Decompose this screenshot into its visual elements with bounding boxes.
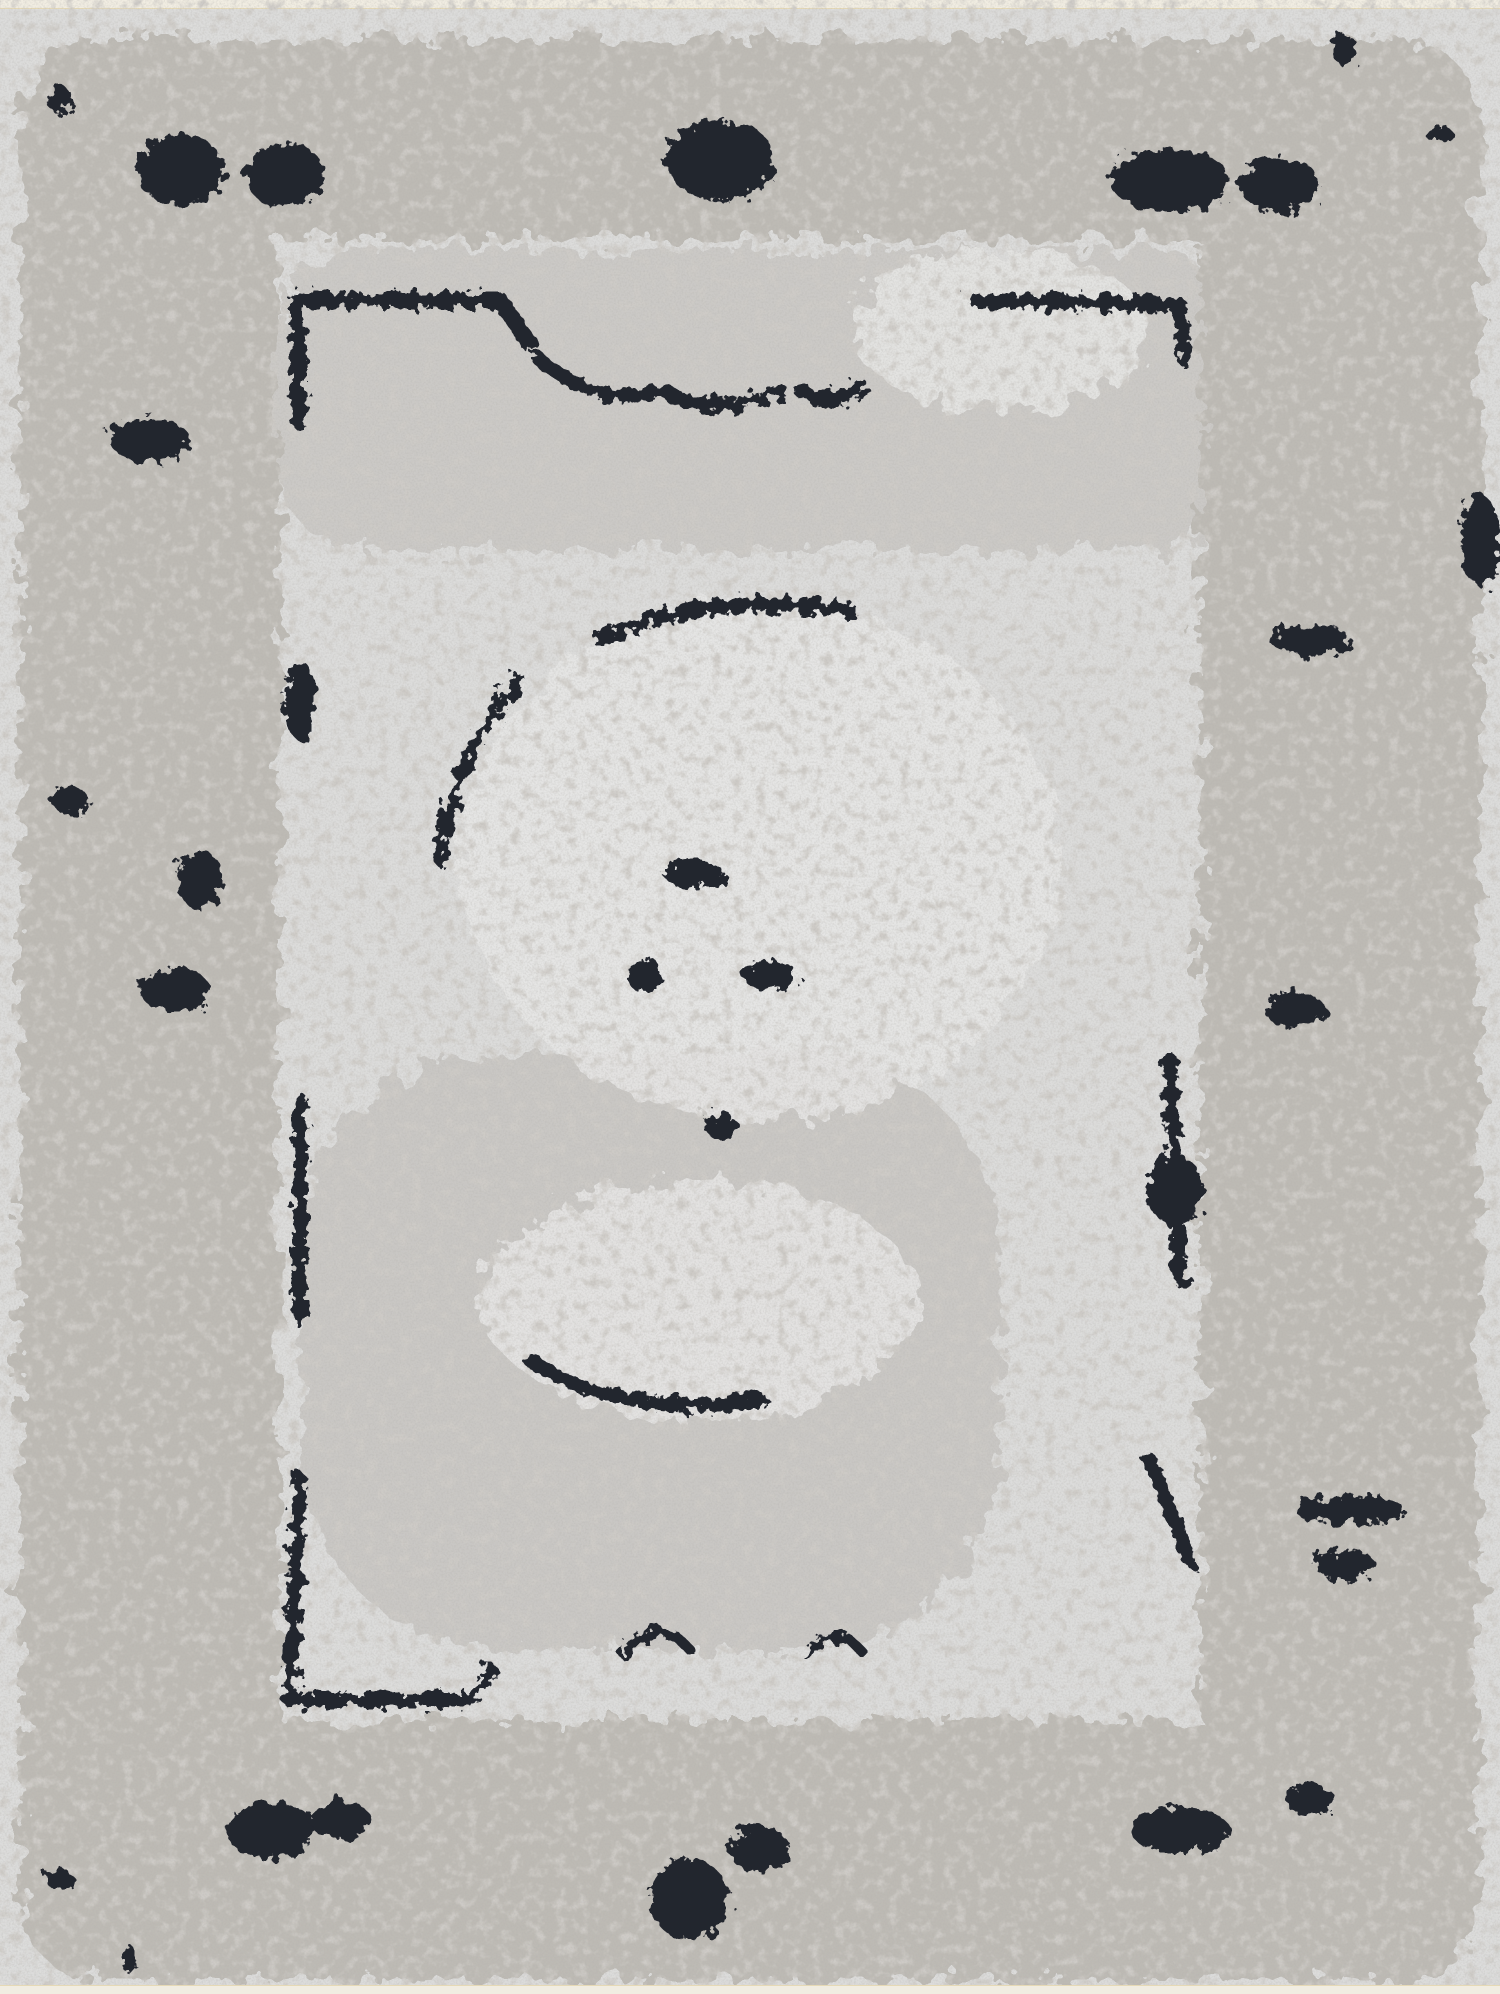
- bottom-speck-2: [122, 1946, 138, 1974]
- top-rosette-4: [1110, 148, 1230, 212]
- lower-arch-left: [625, 1631, 690, 1655]
- left-blot-3: [178, 850, 222, 910]
- left-blot-1: [110, 418, 190, 462]
- top-rosette-3: [665, 120, 775, 200]
- centre-blot-4: [704, 1111, 736, 1139]
- bottom-speck-1: [46, 1870, 74, 1890]
- medallion-ring-top: [600, 604, 850, 640]
- rug-motif-layer: [0, 0, 1500, 1994]
- right-blot-6: [1315, 1549, 1375, 1581]
- rug-bottom-edge: [0, 1985, 1500, 1994]
- bottom-rosette-1: [225, 1802, 315, 1858]
- left-blot-2: [52, 786, 88, 814]
- right-blot-4: [1147, 1155, 1203, 1225]
- centre-blot-2: [627, 957, 663, 993]
- top-speck-2: [1426, 127, 1454, 143]
- rug-photo: [0, 0, 1500, 1994]
- medallion-ring-left: [440, 680, 520, 860]
- left-frame-line: [290, 1100, 490, 1700]
- bottom-rosette-5: [1130, 1808, 1230, 1852]
- right-blot-3: [1265, 992, 1325, 1028]
- centre-blot-3: [742, 961, 798, 989]
- bottom-rosette-6: [1285, 1784, 1335, 1816]
- right-frame-line: [1150, 1060, 1190, 1560]
- left-blot-5: [285, 660, 315, 740]
- bottom-rosette-4: [730, 1826, 790, 1874]
- right-blot-5: [1295, 1496, 1405, 1524]
- medallion-ring-bottom: [530, 1360, 760, 1405]
- top-rosette-5: [1240, 157, 1320, 213]
- right-blot-1: [1460, 495, 1500, 585]
- bottom-rosette-3: [650, 1860, 730, 1940]
- upper-frame-left: [298, 300, 530, 420]
- lower-arch-right: [808, 1636, 860, 1655]
- right-blot-2: [1270, 624, 1350, 656]
- top-rosette-1: [135, 135, 225, 205]
- bottom-rosette-2: [310, 1800, 370, 1840]
- left-blot-4: [140, 968, 210, 1012]
- upper-frame-arch: [540, 300, 1185, 405]
- top-speck-3: [48, 86, 72, 114]
- top-rosette-2: [245, 143, 325, 207]
- centre-blot-1: [665, 861, 725, 889]
- top-speck-1: [1333, 34, 1357, 66]
